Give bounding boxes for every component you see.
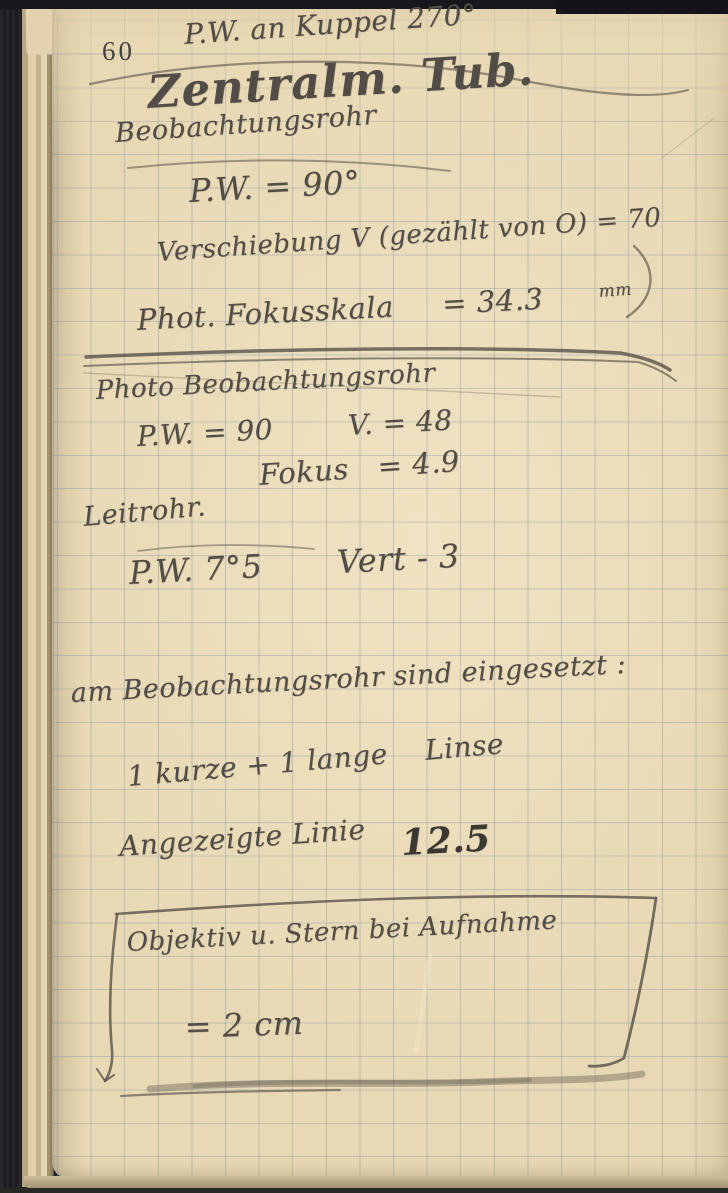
handwritten-value-12-5: 12.5 <box>400 817 492 864</box>
page-number: 60 <box>102 36 135 67</box>
notebook-scan: 60 P.W. an Kuppel 270° Zentralm. Tub. Be… <box>0 0 728 1193</box>
boxed-note-line2: = 2 cm <box>184 1004 304 1046</box>
book-cover-top-edge-right <box>556 0 728 14</box>
book-cover-left-edge <box>0 0 23 1193</box>
page-edge-stack <box>22 5 54 1187</box>
book-cover-bottom-edge <box>0 1188 728 1193</box>
notebook-page <box>52 8 728 1178</box>
handwritten-unit-mm: mm <box>598 280 633 302</box>
grid-paper-lines <box>52 8 728 1178</box>
